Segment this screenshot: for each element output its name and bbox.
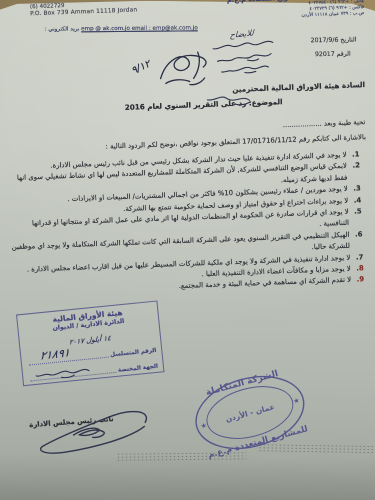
handwritten-signature-scribble [152,46,222,92]
scanned-letter-photo: الشركة المتكاملة للمشاريع المتعددة م.ع.م… [0,0,375,500]
scan-noise [116,451,246,461]
response-list: 1. لا يوجد في الشركة ادارة تنفيذية عليا … [6,149,365,299]
letterhead-english: (6) 4022729 P.O. Box 739 Amman 11118 Jor… [30,0,138,17]
greeting-line: تحية طيبة وبعد .................. [283,118,366,129]
subject-line: الموضوع: رد على التقرير السنوي لعام 2016 [125,97,283,112]
list-item-number: 4. [348,195,361,207]
dept-label: الجهة المختصة [118,364,158,374]
received-stamp: هيئة الأوراق المالية الدائرة الادارية / … [16,300,164,386]
list-item-number: 3. [348,184,361,196]
oval-stamp-middle-text: عمان - الأردن [225,402,276,424]
email-label-arabic: بريد الكتروني : [45,26,80,32]
scan-noise [258,443,373,454]
email-value: emp @ ak.com.jo email : emp@ak.com.jo [81,25,198,32]
oval-stamp-top-text: الشركة المتكاملة [205,369,280,398]
serial-label: الرقم المتسلسل [110,348,157,359]
list-item-number: 2. [347,161,361,184]
letterhead-arabic: الشركة المتكاملة للمشاريع المتعددة م.ع.م… [227,0,365,23]
letter-content: الشركة المتكاملة للمشاريع المتعددة م.ع.م… [0,0,375,500]
list-item-number: 7. [350,252,363,264]
received-stamp-dept-row: الجهة المختصة [28,362,158,383]
handwritten-date-mark: ٩/١٢ [130,59,152,77]
list-item-number: 8. [351,263,364,275]
list-item-number: 5. [348,206,362,229]
list-item-number: 6. [349,229,363,252]
signature-scribble [33,406,153,458]
email-line: emp @ ak.com.jo email : emp@ak.com.jo بر… [45,25,198,32]
list-item-number: 9. [351,275,364,287]
handwritten-dept-scribble [34,364,93,382]
star-icon: ★ [292,396,300,405]
list-item-number: 1. [346,149,359,161]
